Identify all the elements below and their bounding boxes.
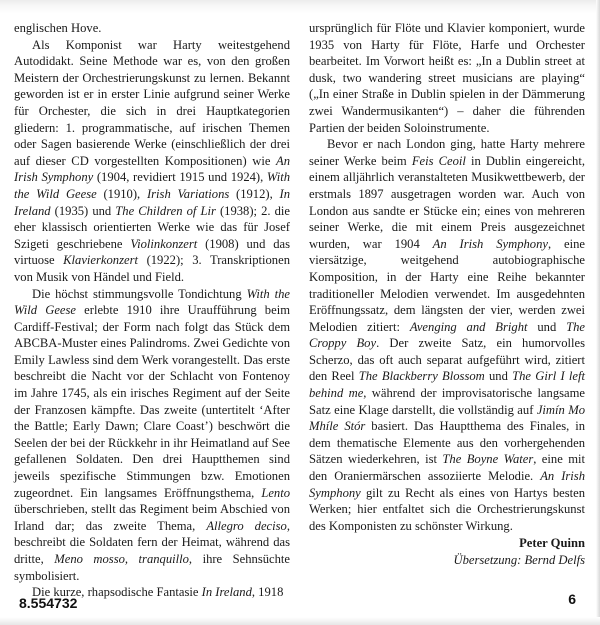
- work-title: An Irish Symphony: [433, 237, 548, 251]
- text-run: und: [528, 320, 567, 334]
- author-name: Peter Quinn: [453, 535, 585, 552]
- festival-name: Feis Ceoil: [412, 154, 466, 168]
- work-title: Klavierkonzert: [63, 253, 138, 267]
- text-run: (1912),: [229, 187, 279, 201]
- page-right-edge: [596, 0, 600, 625]
- melody-title: The Boyne Water: [442, 452, 533, 466]
- text-run: (1910),: [97, 187, 147, 201]
- text-run: (1935) und: [51, 204, 116, 218]
- text-run: , 1918: [252, 585, 283, 599]
- work-title: Irish Variations: [147, 187, 229, 201]
- work-title: Violinkonzert: [130, 237, 197, 251]
- translator-credit: Übersetzung: Bernd Delfs: [453, 552, 585, 569]
- page-number: 6: [568, 591, 576, 607]
- right-text-column: ursprünglich für Flöte und Klavier kompo…: [309, 20, 585, 534]
- catalog-number: 8.554732: [19, 595, 77, 611]
- paragraph-continuation: englischen Hove.: [14, 20, 290, 37]
- paragraph-in-ireland-continued: ursprünglich für Flöte und Klavier kompo…: [309, 20, 585, 136]
- tempo-marking: Allegro deciso: [206, 519, 287, 533]
- work-title: The Children of Lir: [115, 204, 216, 218]
- page-bottom-edge-shadow: [0, 617, 600, 625]
- text-run: erlebte 1910 ihre Uraufführung beim Card…: [14, 303, 290, 500]
- melody-title: The Blackberry Blossom: [359, 369, 485, 383]
- melody-title: Avenging and Bright: [410, 320, 528, 334]
- tempo-marking: Meno mosso, tranquillo: [54, 552, 189, 566]
- paragraph-composer-method: Als Komponist war Harty weitestgehend Au…: [14, 37, 290, 286]
- text-run: und: [485, 369, 512, 383]
- left-text-column: englischen Hove. Als Komponist war Harty…: [14, 20, 290, 601]
- text-run: Als Komponist war Harty weitestgehend Au…: [14, 38, 290, 168]
- tempo-marking: Lento: [261, 486, 290, 500]
- signature-block: Peter Quinn Übersetzung: Bernd Delfs: [453, 535, 585, 569]
- work-title: In Ireland: [202, 585, 252, 599]
- text-run: (1904, revidiert 1915 und 1924),: [93, 170, 267, 184]
- text-run: Die höchst stimmungsvolle Tondichtung: [32, 287, 247, 301]
- paragraph-wild-geese: Die höchst stimmungsvolle Tondichtung Wi…: [14, 286, 290, 585]
- text-run: englischen Hove.: [14, 21, 101, 35]
- paragraph-irish-symphony: Bevor er nach London ging, hatte Harty m…: [309, 136, 585, 534]
- text-run: ursprünglich für Flöte und Klavier kompo…: [309, 21, 585, 135]
- page-top-edge-shadow: [0, 0, 600, 14]
